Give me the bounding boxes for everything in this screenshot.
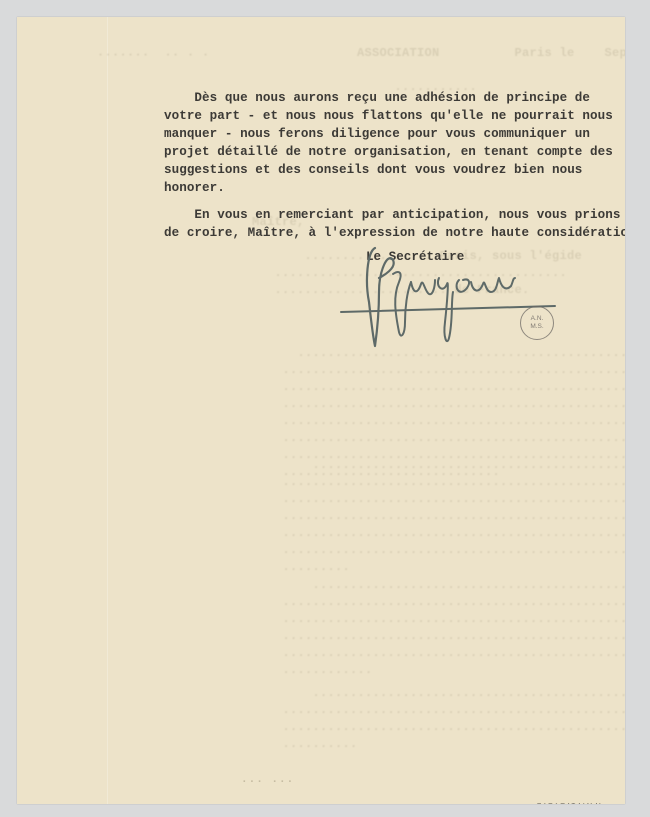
stamp-line-2: M.S. [521, 323, 553, 331]
ellipsis-marker: ... ... [241, 774, 294, 786]
bleed-through-block: ........................................… [275, 685, 625, 753]
stamp-line-1: A.N. [521, 315, 553, 323]
archive-reference: 515AP/G/4/1/1 [535, 802, 603, 804]
archive-stamp: A.N. M.S. [520, 306, 554, 340]
text-line: En vous en remerciant par anticipation, … [164, 206, 625, 224]
bleed-through-left: ······· ·· · · [97, 47, 210, 64]
paragraph-2: En vous en remerciant par anticipation, … [164, 206, 625, 242]
bleed-through-block: ........................................… [275, 457, 625, 576]
text-line: votre part - et nous nous flattons qu'el… [164, 107, 625, 125]
letter-body: Dès que nous aurons reçu une adhésion de… [164, 89, 625, 242]
text-line: honorer. [164, 179, 625, 197]
text-line: manquer - nous ferons diligence pour vou… [164, 125, 625, 143]
text-line: projet détaillé de notre organisation, e… [164, 143, 625, 161]
paragraph-1: Dès que nous aurons reçu une adhésion de… [164, 89, 625, 197]
letter-page: ASSOCIATION Paris le Septembre .........… [17, 17, 625, 804]
text-line: suggestions et des conseils dont vous vo… [164, 161, 625, 179]
bleed-through-block: ........................................… [275, 577, 625, 679]
text-line: de croire, Maître, à l'expression de not… [164, 224, 625, 242]
text-line: Dès que nous aurons reçu une adhésion de… [164, 89, 625, 107]
